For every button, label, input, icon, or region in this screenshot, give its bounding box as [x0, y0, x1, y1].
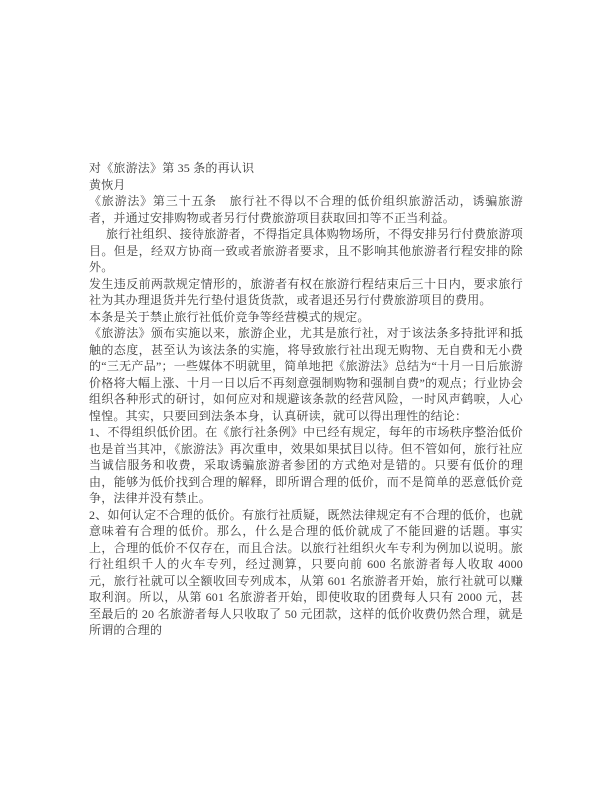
author-name: 黄恢月 [89, 177, 523, 194]
paragraph-law-clause-3: 发生违反前两款规定情形的，旅游者有权在旅游行程结束后三十日内，要求旅行社为其办理… [89, 276, 523, 309]
document-page: 对《旅游法》第 35 条的再认识 黄恢月 《旅游法》第三十五条 旅行社不得以不合… [0, 0, 612, 792]
paragraph-point-2: 2、如何认定不合理的低价。有旅行社质疑，既然法律规定有不合理的低价，也就意味着有… [89, 507, 523, 639]
paragraph-law-clause-2: 旅行社组织、接待旅游者，不得指定具体购物场所，不得安排另行付费旅游项目。但是，经… [89, 226, 523, 276]
paragraph-law-article-35: 《旅游法》第三十五条 旅行社不得以不合理的低价组织旅游活动，诱骗旅游者，并通过安… [89, 193, 523, 226]
document-title: 对《旅游法》第 35 条的再认识 [89, 160, 523, 177]
paragraph-summary: 本条是关于禁止旅行社低价竞争等经营模式的规定。 [89, 309, 523, 326]
paragraph-point-1: 1、不得组织低价团。在《旅行社条例》中已经有规定，每年的市场秩序整治低价也是首当… [89, 424, 523, 507]
paragraph-background: 《旅游法》颁布实施以来，旅游企业，尤其是旅行社，对于该法条多持批评和抵触的态度，… [89, 325, 523, 424]
